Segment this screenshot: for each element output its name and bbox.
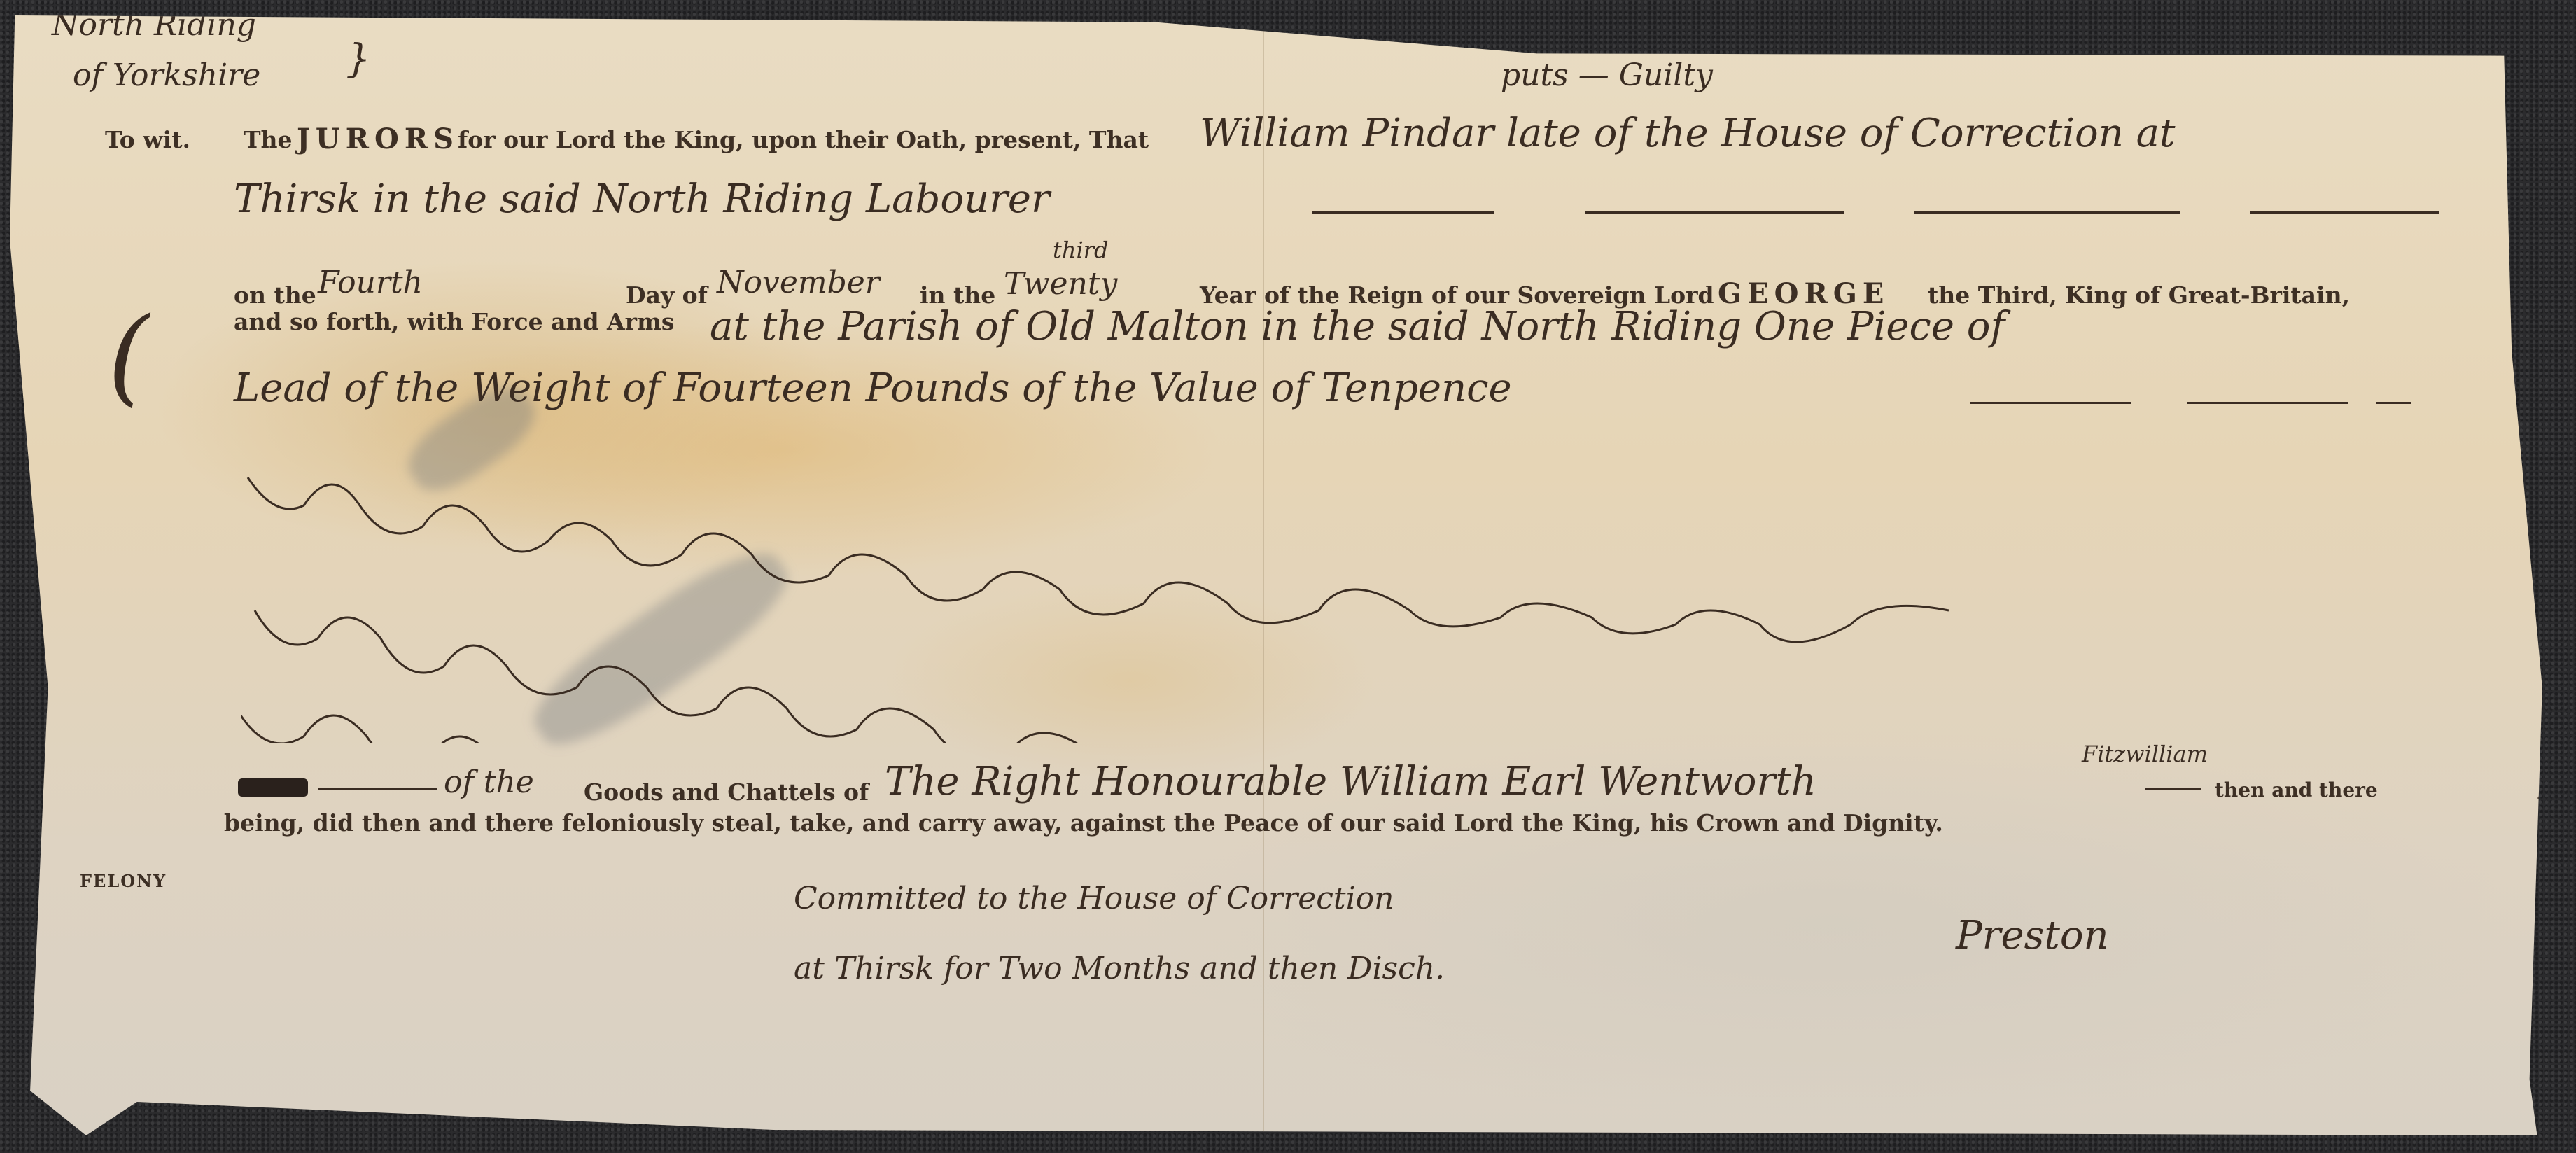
county-heading-line2: of Yorkshire	[73, 57, 260, 93]
printed-then-and-there: then and there	[2215, 778, 2378, 802]
county-heading-line1: North Riding	[52, 7, 256, 43]
owner-of-the: of the	[444, 764, 534, 800]
filler-line	[1312, 211, 1494, 214]
printed-oath-clause: for our Lord the King, upon their Oath, …	[458, 126, 1149, 153]
printed-force-and-arms: and so forth, with Force and Arms	[234, 308, 675, 335]
plea-verdict-note: puts — Guilty	[1501, 57, 1713, 93]
place-entry: at the Parish of Old Malton in the said …	[710, 304, 2005, 349]
brace-icon: }	[346, 36, 371, 82]
owner-interlined: Fitzwilliam	[2082, 741, 2208, 767]
scalloped-filler-lines	[241, 449, 2446, 743]
sentence-line2: at Thirsk for Two Months and then Disch.	[794, 951, 1445, 986]
printed-the: The	[244, 126, 293, 153]
signature: Preston	[1956, 913, 2109, 958]
margin-mark: !	[2535, 771, 2548, 807]
filler-line	[2145, 788, 2201, 790]
document-paper: North Riding of Yorkshire } To wit. The …	[10, 15, 2555, 1135]
felony-label: FELONY	[80, 871, 167, 891]
year-interlined: third	[1053, 237, 1108, 263]
jurors-heading: JURORS	[297, 123, 459, 155]
filler-line	[1585, 211, 1844, 214]
printed-day-of: Day of	[626, 281, 708, 309]
defendant-entry: William Pindar late of the House of Corr…	[1200, 111, 2176, 156]
closing-clause: being, did then and there feloniously st…	[224, 809, 1943, 837]
filler-line	[2187, 402, 2348, 404]
printed-goods-and-chattels: Goods and Chattels of	[584, 778, 869, 806]
sentence-line1: Committed to the House of Correction	[794, 881, 1394, 916]
owner-entry: The Right Honourable William Earl Wentwo…	[885, 759, 1816, 804]
printed-on-the: on the	[234, 281, 316, 309]
filler-line	[2250, 211, 2439, 214]
day-entry: Fourth	[318, 265, 423, 300]
filler-line	[2376, 402, 2411, 404]
residence-occupation: Thirsk in the said North Riding Labourer	[234, 176, 1050, 222]
to-wit: To wit.	[105, 126, 190, 153]
goods-entry: Lead of the Weight of Fourteen Pounds of…	[234, 365, 1512, 411]
year-entry: Twenty	[1004, 266, 1117, 302]
month-entry: November	[717, 265, 880, 300]
bracket-icon: (	[108, 295, 149, 417]
filler-line	[1914, 211, 2180, 214]
filler-line	[1970, 402, 2131, 404]
filler-line	[318, 788, 437, 790]
redaction-blot	[238, 778, 308, 797]
